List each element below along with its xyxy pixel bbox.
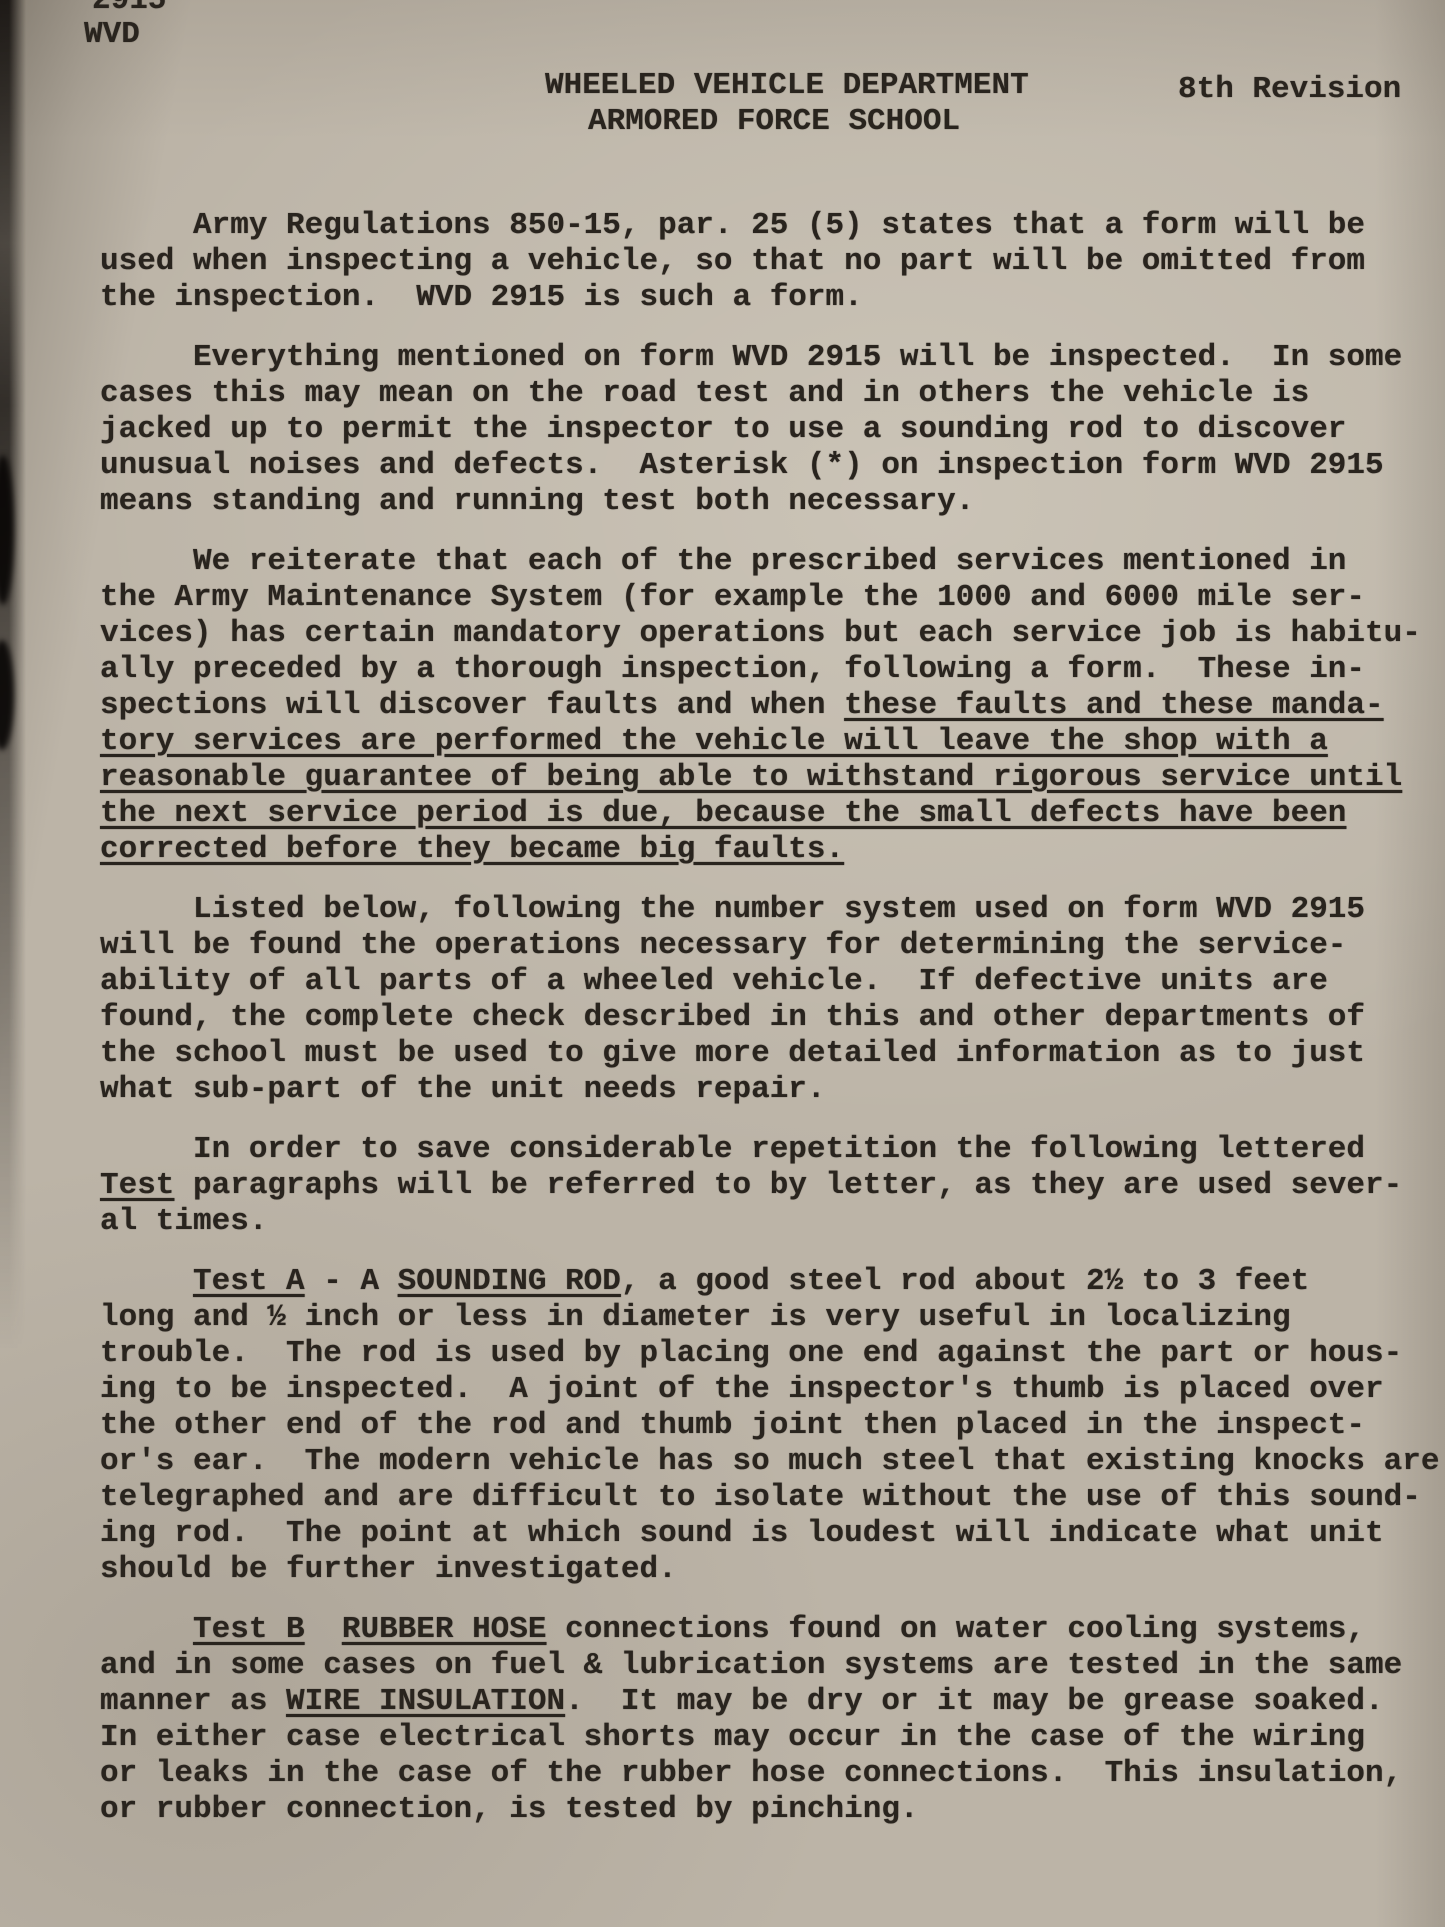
text-line: vices) has certain mandatory operations …	[100, 616, 1439, 652]
text-line: long and ½ inch or less in diameter is v…	[100, 1300, 1439, 1336]
document-subtitle: ARMORED FORCE SCHOOL	[588, 104, 960, 140]
paragraph: Test A - A SOUNDING ROD, a good steel ro…	[100, 1264, 1439, 1588]
text-line: Test B RUBBER HOSE connections found on …	[100, 1612, 1439, 1648]
text-line: used when inspecting a vehicle, so that …	[100, 244, 1439, 280]
text-line: means standing and running test both nec…	[100, 484, 1439, 520]
text-line: In order to save considerable repetition…	[100, 1132, 1439, 1168]
text-line: the inspection. WVD 2915 is such a form.	[100, 280, 1439, 316]
paragraph: Everything mentioned on form WVD 2915 wi…	[100, 340, 1439, 520]
paragraph: Test B RUBBER HOSE connections found on …	[100, 1612, 1439, 1828]
text-line: Everything mentioned on form WVD 2915 wi…	[100, 340, 1439, 376]
text-line: or's ear. The modern vehicle has so much…	[100, 1444, 1439, 1480]
revision-label: 8th Revision	[1178, 72, 1401, 108]
text-line: unusual noises and defects. Asterisk (*)…	[100, 448, 1439, 484]
text-line: tory services are performed the vehicle …	[100, 724, 1439, 760]
text-line: the school must be used to give more det…	[100, 1036, 1439, 1072]
text-line: We reiterate that each of the prescribed…	[100, 544, 1439, 580]
text-line: In either case electrical shorts may occ…	[100, 1720, 1439, 1756]
text-line: al times.	[100, 1204, 1439, 1240]
document-title: WHEELED VEHICLE DEPARTMENT	[545, 68, 1029, 104]
text-line: corrected before they became big faults.	[100, 832, 1439, 868]
text-line: manner as WIRE INSULATION. It may be dry…	[100, 1684, 1439, 1720]
text-line: trouble. The rod is used by placing one …	[100, 1336, 1439, 1372]
text-line: ability of all parts of a wheeled vehicl…	[100, 964, 1439, 1000]
text-line: should be further investigated.	[100, 1552, 1439, 1588]
text-line: will be found the operations necessary f…	[100, 928, 1439, 964]
text-line: ally preceded by a thorough inspection, …	[100, 652, 1439, 688]
text-line: cases this may mean on the road test and…	[100, 376, 1439, 412]
text-line: Test A - A SOUNDING ROD, a good steel ro…	[100, 1264, 1439, 1300]
paragraph: In order to save considerable repetition…	[100, 1132, 1439, 1240]
text-line: Army Regulations 850-15, par. 25 (5) sta…	[100, 208, 1439, 244]
text-line: spections will discover faults and when …	[100, 688, 1439, 724]
text-line: the other end of the rod and thumb joint…	[100, 1408, 1439, 1444]
paragraph: Listed below, following the number syste…	[100, 892, 1439, 1108]
text-line: and in some cases on fuel & lubrication …	[100, 1648, 1439, 1684]
text-line: jacked up to permit the inspector to use…	[100, 412, 1439, 448]
text-line: ing to be inspected. A joint of the insp…	[100, 1372, 1439, 1408]
text-line: or leaks in the case of the rubber hose …	[100, 1756, 1439, 1792]
paragraph: Army Regulations 850-15, par. 25 (5) sta…	[100, 208, 1439, 316]
text-line: found, the complete check described in t…	[100, 1000, 1439, 1036]
paragraph: We reiterate that each of the prescribed…	[100, 544, 1439, 868]
text-line: Listed below, following the number syste…	[100, 892, 1439, 928]
text-line: Test paragraphs will be referred to by l…	[100, 1168, 1439, 1204]
text-line: what sub-part of the unit needs repair.	[100, 1072, 1439, 1108]
text-line: telegraphed and are difficult to isolate…	[100, 1480, 1439, 1516]
document-body: Army Regulations 850-15, par. 25 (5) sta…	[100, 208, 1439, 1852]
scanned-document-page: { "header": { "form_number_clipped": "29…	[0, 0, 1445, 1927]
text-line: ing rod. The point at which sound is lou…	[100, 1516, 1439, 1552]
text-line: the Army Maintenance System (for example…	[100, 580, 1439, 616]
text-line: reasonable guarantee of being able to wi…	[100, 760, 1439, 796]
text-line: the next service period is due, because …	[100, 796, 1439, 832]
text-line: or rubber connection, is tested by pinch…	[100, 1792, 1439, 1828]
form-code-label: WVD	[84, 17, 140, 53]
